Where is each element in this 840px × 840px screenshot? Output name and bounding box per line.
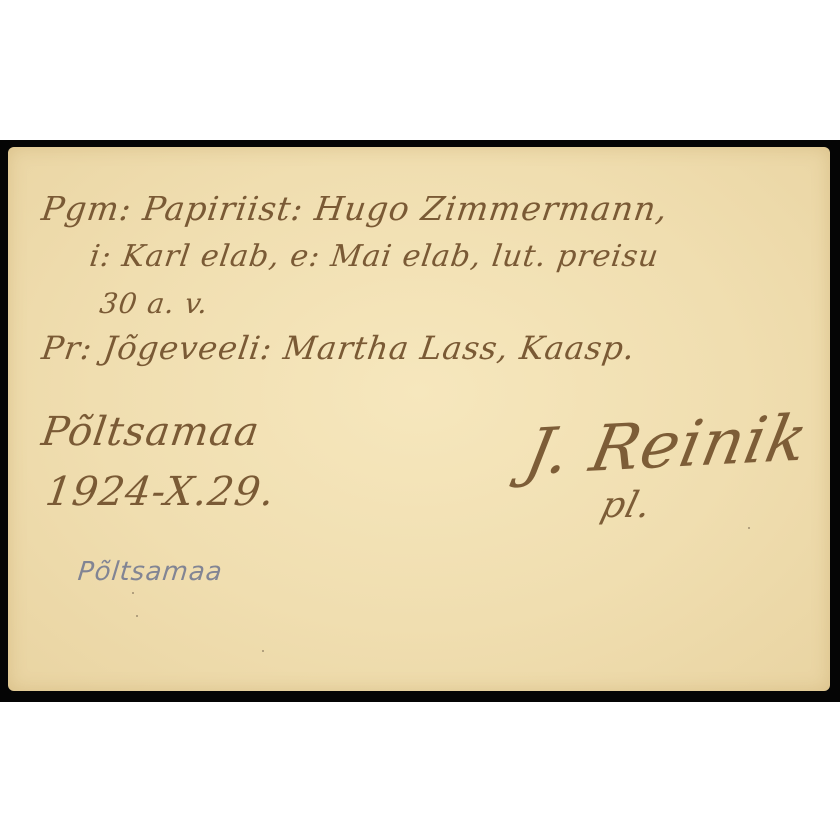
handwritten-line-3: 30 a. v. [98,287,211,320]
handwritten-line-2: i: Karl elab, e: Mai elab, lut. preisu [88,239,662,274]
postcard: Pgm: Papiriist: Hugo Zimmermann, i: Karl… [8,147,830,691]
paper-speck [262,650,264,652]
pencil-annotation: Põltsamaa [76,557,224,587]
handwritten-place: Põltsamaa [39,409,263,455]
signature-suffix: pl. [597,485,656,526]
paper-speck [136,615,138,617]
handwritten-line-4: Pr: Jõgeveeli: Martha Lass, Kaasp. [39,329,638,367]
paper-speck [132,592,134,594]
paper-speck [748,527,750,529]
signature: J. Reinik [519,402,814,490]
handwritten-line-1: Pgm: Papiriist: Hugo Zimmermann, [39,189,670,228]
handwritten-date: 1924-X.29. [43,469,278,515]
